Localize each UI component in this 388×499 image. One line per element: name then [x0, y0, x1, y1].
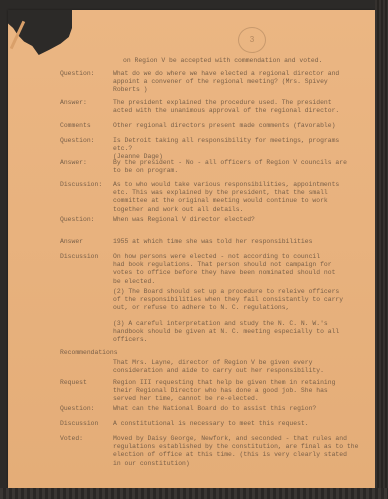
entry-text: (3) A careful interpretation and study t…: [113, 320, 353, 345]
entry-text: Is Detroit taking all responsibility for…: [113, 137, 353, 162]
entry-label: Question:: [60, 216, 120, 224]
entry-text: Region III requesting that help be given…: [113, 379, 353, 404]
entry-text: On how persons were elected - not accord…: [113, 253, 353, 286]
entry-text: (2) The Board should set up a procedure …: [113, 288, 353, 313]
entry-text: By the president - No - all officers of …: [113, 159, 353, 175]
entry-label: Discussion:: [60, 181, 120, 189]
entry-label: Answer:: [60, 159, 120, 167]
entry-label: Recommendations: [60, 349, 160, 357]
entry-text: When was Regional V director elected?: [113, 216, 353, 224]
entry-label: Question:: [60, 137, 120, 145]
entry-label: Answer:: [60, 99, 120, 107]
entry-text: Moved by Daisy George, Newfork, and seco…: [113, 435, 363, 468]
entry-text: That Mrs. Layne, director of Region V be…: [113, 359, 353, 375]
entry-label: Voted:: [60, 435, 120, 443]
entry-text: What do we do where we have elected a re…: [113, 70, 353, 95]
entry-text: 1955 at which time she was told her resp…: [113, 238, 353, 246]
document-content: on Region V be accepted with commendatio…: [0, 0, 388, 499]
entry-text: As to who would take various responsibil…: [113, 181, 353, 214]
entry-label: Question:: [60, 405, 120, 413]
entry-label: Request: [60, 379, 120, 387]
entry-label: Comments: [60, 122, 120, 130]
entry-label: Question:: [60, 70, 120, 78]
entry-text: The president explained the procedure us…: [113, 99, 353, 115]
entry-label: Discussion: [60, 420, 120, 428]
intro-line: on Region V be accepted with commendatio…: [123, 57, 322, 65]
entry-label: Discussion: [60, 253, 120, 261]
entry-text: Other regional directors present made co…: [113, 122, 353, 130]
entry-label: Answer: [60, 238, 120, 246]
entry-text: A constitutional is necessary to meet th…: [113, 420, 353, 428]
entry-text: What can the National Board do to assist…: [113, 405, 353, 413]
